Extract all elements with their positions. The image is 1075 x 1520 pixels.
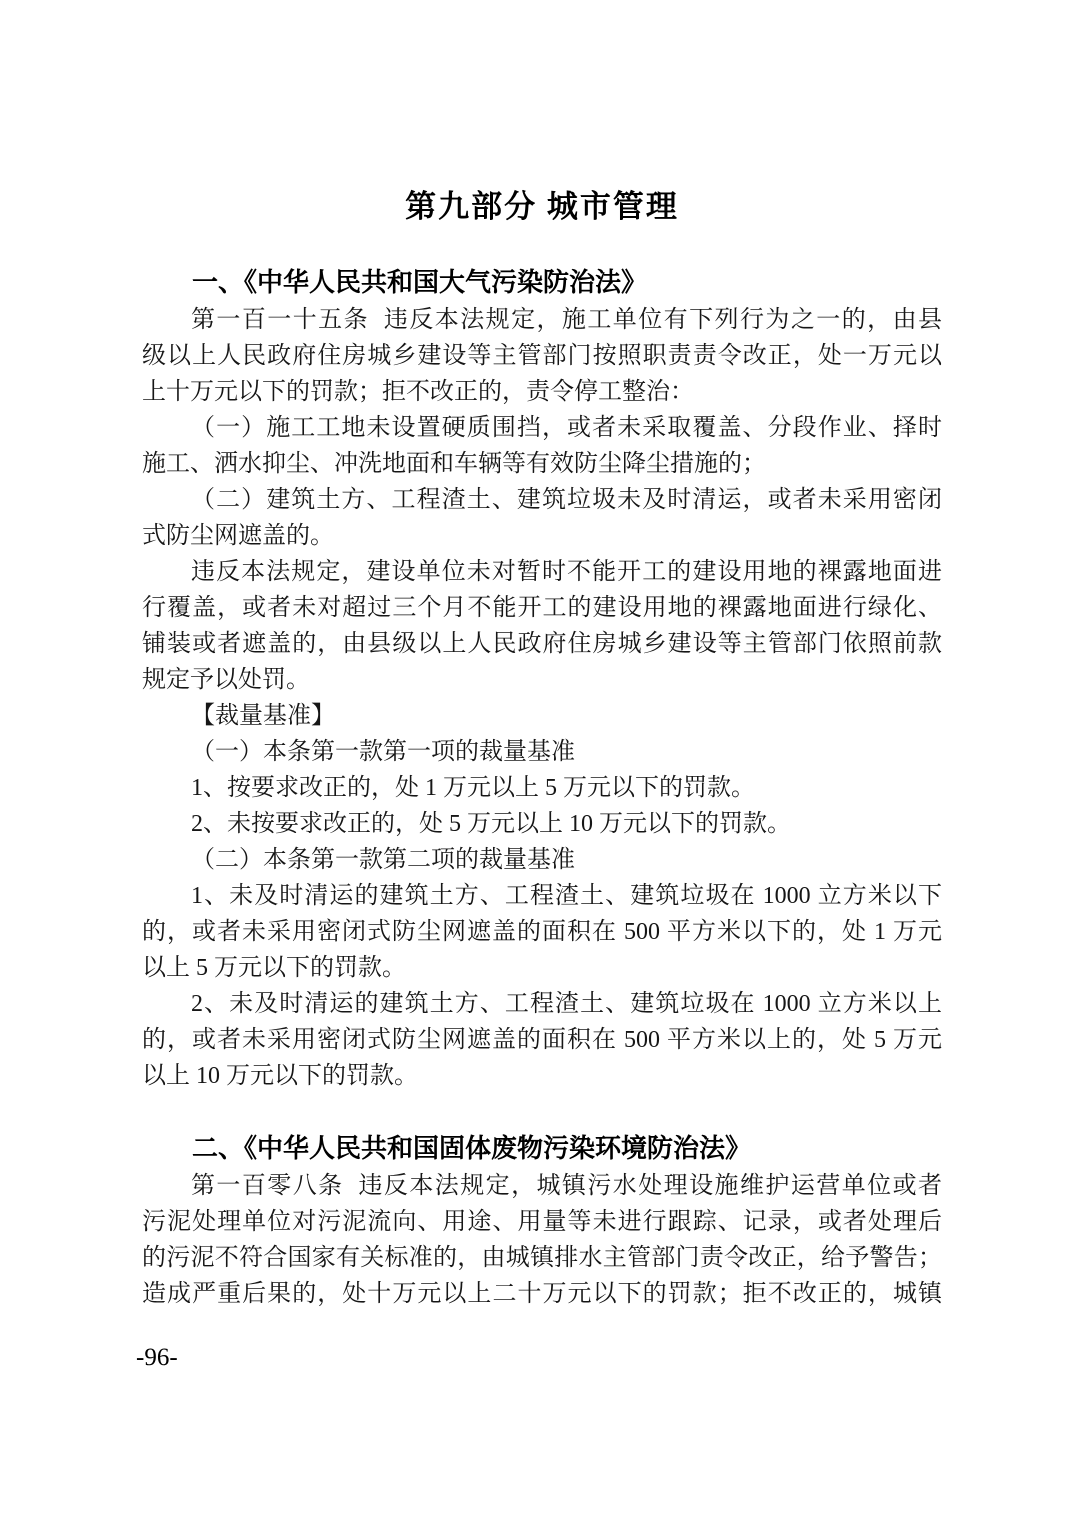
- text-line: 级以上人民政府住房城乡建设等主管部门按照职责责令改正，处一万元以: [142, 338, 942, 374]
- document-body: 第九部分 城市管理 一、《中华人民共和国大气污染防治法》第一百一十五条 违反本法…: [142, 0, 942, 1312]
- text-line: 【裁量基准】: [142, 698, 942, 734]
- text-line: 规定予以处罚。: [142, 662, 942, 698]
- text-line: 施工、洒水抑尘、冲洗地面和车辆等有效防尘降尘措施的；: [142, 446, 942, 482]
- text-line: 污泥处理单位对污泥流向、用途、用量等未进行跟踪、记录，或者处理后: [142, 1204, 942, 1240]
- text-line: 的，或者未采用密闭式防尘网遮盖的面积在 500 平方米以上的，处 5 万元: [142, 1022, 942, 1058]
- page-number: -96-: [136, 1342, 178, 1374]
- text-line: 违反本法规定，建设单位未对暂时不能开工的建设用地的裸露地面进: [142, 554, 942, 590]
- text-line: 上十万元以下的罚款；拒不改正的，责令停工整治：: [142, 374, 942, 410]
- text-line: 2、未按要求改正的，处 5 万元以上 10 万元以下的罚款。: [142, 806, 942, 842]
- document-page: 第九部分 城市管理 一、《中华人民共和国大气污染防治法》第一百一十五条 违反本法…: [0, 0, 1075, 1520]
- text-line: 第一百一十五条 违反本法规定，施工单位有下列行为之一的，由县: [142, 302, 942, 338]
- text-line: 以上 5 万元以下的罚款。: [142, 950, 942, 986]
- text-line: 造成严重后果的，处十万元以上二十万元以下的罚款；拒不改正的，城镇: [142, 1276, 942, 1312]
- text-line: 铺装或者遮盖的，由县级以上人民政府住房城乡建设等主管部门依照前款: [142, 626, 942, 662]
- text-line: 第一百零八条 违反本法规定，城镇污水处理设施维护运营单位或者: [142, 1168, 942, 1204]
- text-line: 1、按要求改正的，处 1 万元以上 5 万元以下的罚款。: [142, 770, 942, 806]
- text-line: 的，或者未采用密闭式防尘网遮盖的面积在 500 平方米以下的，处 1 万元: [142, 914, 942, 950]
- page-title: 第九部分 城市管理: [142, 186, 942, 228]
- text-line: 2、未及时清运的建筑土方、工程渣土、建筑垃圾在 1000 立方米以上: [142, 986, 942, 1022]
- section-heading: 一、《中华人民共和国大气污染防治法》: [142, 266, 942, 298]
- text-line: 以上 10 万元以下的罚款。: [142, 1058, 942, 1094]
- text-line: （一）本条第一款第一项的裁量基准: [142, 734, 942, 770]
- text-line: 的污泥不符合国家有关标准的，由城镇排水主管部门责令改正，给予警告；: [142, 1240, 942, 1276]
- text-line: （二）建筑土方、工程渣土、建筑垃圾未及时清运，或者未采用密闭: [142, 482, 942, 518]
- text-line: （二）本条第一款第二项的裁量基准: [142, 842, 942, 878]
- text-line: （一）施工工地未设置硬质围挡，或者未采取覆盖、分段作业、择时: [142, 410, 942, 446]
- section-heading: 二、《中华人民共和国固体废物污染环境防治法》: [142, 1132, 942, 1164]
- text-line: 1、未及时清运的建筑土方、工程渣土、建筑垃圾在 1000 立方米以下: [142, 878, 942, 914]
- text-line: 行覆盖，或者未对超过三个月不能开工的建设用地的裸露地面进行绿化、: [142, 590, 942, 626]
- text-line: 式防尘网遮盖的。: [142, 518, 942, 554]
